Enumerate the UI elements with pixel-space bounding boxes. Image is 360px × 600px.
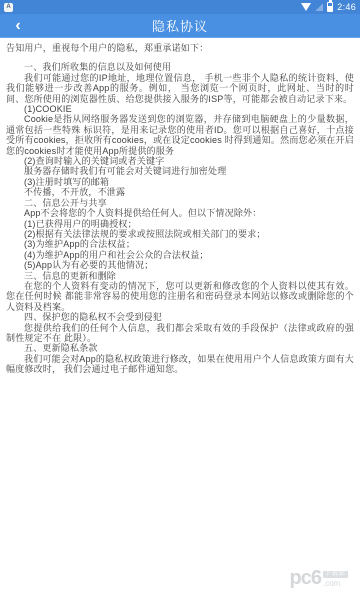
policy-paragraph: 二、信息公开与共享	[6, 198, 354, 208]
policy-paragraph: Cookie是指从网络服务器发送到您的浏览器，并存储到电脑硬盘上的少量数据，通常…	[6, 114, 354, 156]
privacy-policy-screen: A 2:46 ‹ 隐私协议 告知用户，重视每个用户的隐私，郑重承诺如下：一、我们…	[0, 0, 360, 600]
back-button[interactable]: ‹	[8, 14, 28, 38]
policy-paragraph: (2)查询时输入的关键词或者关键字	[6, 156, 354, 166]
policy-text-body: 告知用户，重视每个用户的隐私，郑重承诺如下：一、我们所收集的信息以及如何使用我们…	[0, 38, 360, 375]
policy-paragraph: 四、保护您的隐私权不会受到侵犯	[6, 312, 354, 322]
policy-paragraph: (2)根据有关法律法规的要求或按照法院或相关部门的要求；	[6, 229, 354, 239]
status-time: 2:46	[337, 2, 356, 12]
wifi-icon	[301, 3, 311, 11]
notification-app-icon: A	[4, 3, 13, 12]
watermark-badge: 下载站	[323, 571, 348, 578]
policy-paragraph: 您提供给我们的任何个人信息，我们都会采取有效的手段保护（法律或政府的强制性规定不…	[6, 323, 354, 344]
policy-paragraph: 告知用户，重视每个用户的隐私，郑重承诺如下：	[6, 43, 354, 53]
policy-paragraph: 五、更新隐私条款	[6, 343, 354, 353]
policy-paragraph: 我们可能通过您的IP地址，地理位置信息， 手机一些非个人隐私的统计资料，使我们能…	[6, 73, 354, 104]
watermark-logo-text: pc6	[290, 569, 321, 587]
policy-paragraph: (1)已获得用户的明确授权；	[6, 219, 354, 229]
policy-paragraph: 在您的个人资料有变动的情况下，您可以更新和修改您的个人资料以使其有效。您在任何时…	[6, 281, 354, 312]
page-title: 隐私协议	[152, 16, 208, 35]
policy-paragraph: App不会将您的个人资料提供给任何人。但以下情况除外：	[6, 208, 354, 218]
policy-paragraph: (1)COOKIE	[6, 104, 354, 114]
policy-paragraph: 不传播，不开放，不泄露	[6, 187, 354, 197]
watermark: pc6 下载站 .com	[290, 569, 348, 588]
policy-paragraph: 三、信息的更新和删除	[6, 271, 354, 281]
policy-paragraph: (3)为维护App的合法权益；	[6, 239, 354, 249]
watermark-domain: .com	[323, 579, 340, 588]
policy-paragraph: 服务器存储时我们有可能会对关键词进行加密处理	[6, 166, 354, 176]
signal-icon	[315, 3, 323, 11]
policy-paragraph: (4)为维护App的用户和社会公众的合法权益；	[6, 250, 354, 260]
policy-paragraph: (5)App认为有必要的其他情况；	[6, 260, 354, 270]
status-bar: A 2:46	[0, 0, 360, 14]
app-bar: ‹ 隐私协议	[0, 14, 360, 38]
policy-paragraph: 一、我们所收集的信息以及如何使用	[6, 62, 354, 72]
policy-paragraph: 我们可能会对App的隐私权政策进行修改，如果在使用用户个人信息政策方面有大幅度修…	[6, 354, 354, 375]
policy-paragraph: (3)注册时填写的邮箱	[6, 177, 354, 187]
battery-icon	[327, 2, 333, 12]
